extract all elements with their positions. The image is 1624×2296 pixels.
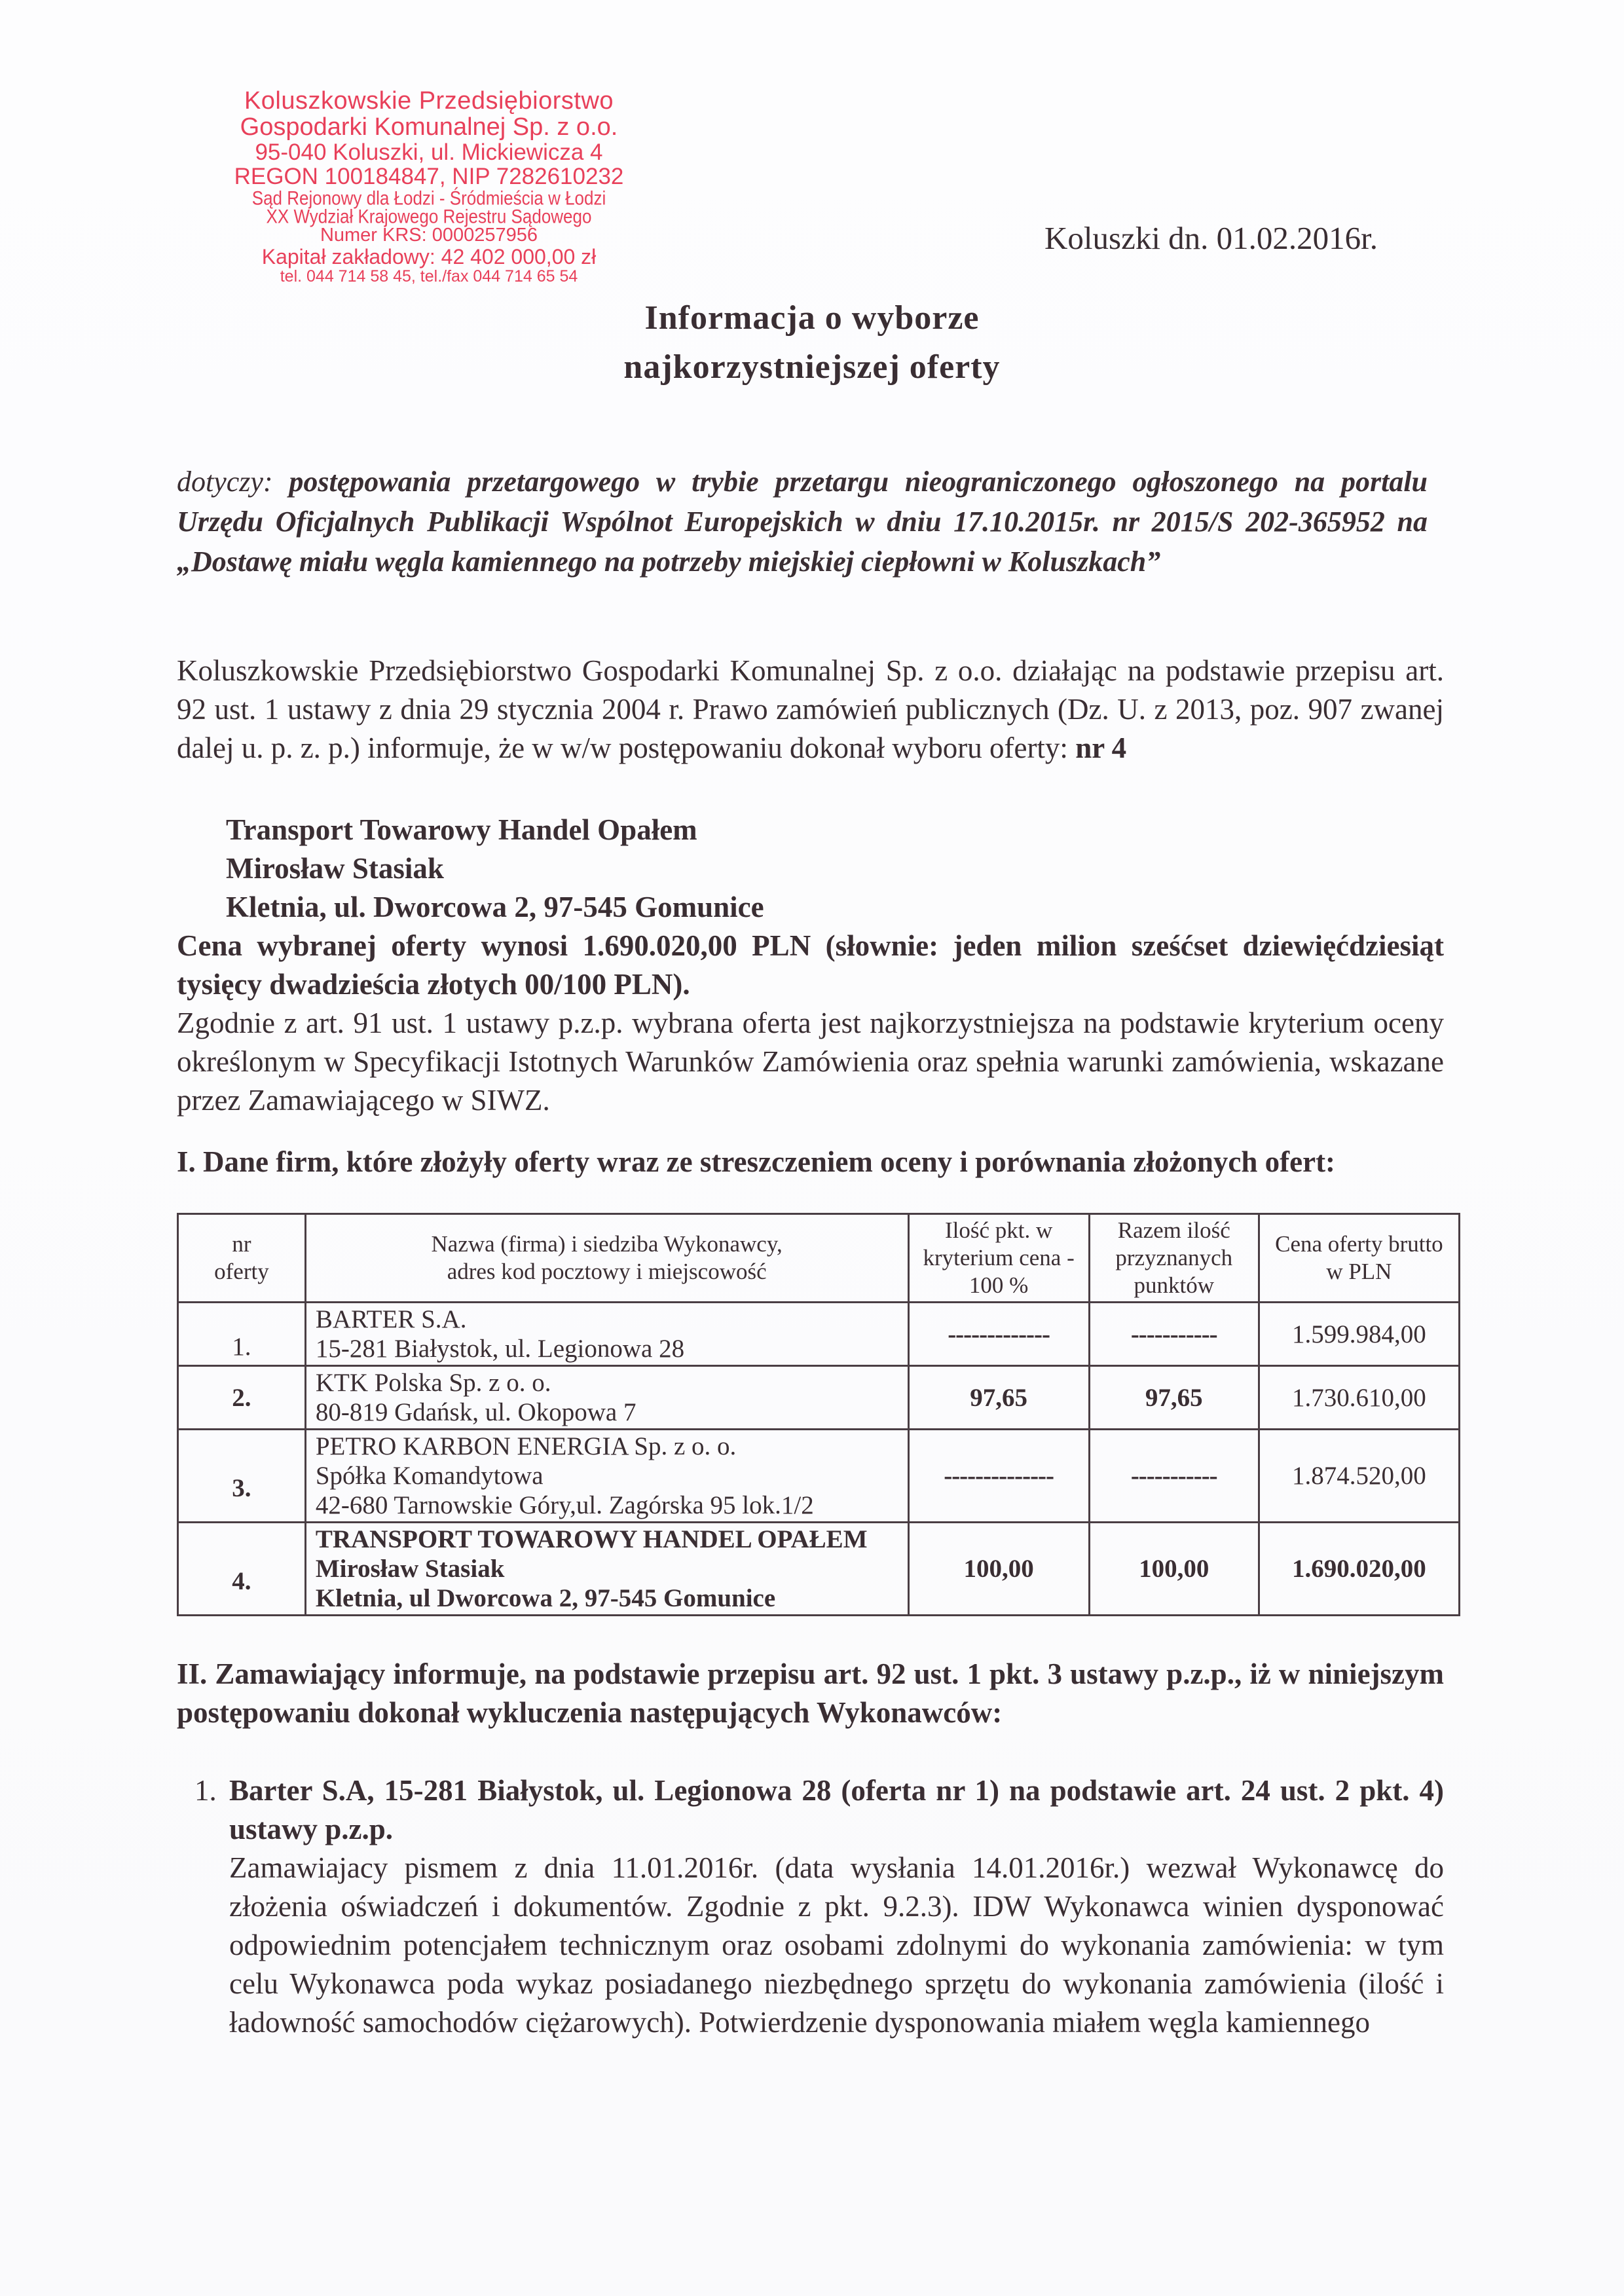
intro-paragraph: Koluszkowskie Przedsiębiorstwo Gospodark… [177,652,1444,768]
cell-contractor: PETRO KARBON ENERGIA Sp. z o. o.Spółka K… [305,1430,908,1523]
cell-contractor: TRANSPORT TOWAROWY HANDEL OPAŁEMMirosław… [305,1523,908,1616]
contractor-line: Mirosław Stasiak [316,1554,898,1583]
cell-points: 97,65 [908,1366,1089,1430]
cell-price: 1.599.984,00 [1259,1303,1459,1366]
cell-offer-nr: 4. [178,1523,306,1616]
section-2-heading: II. Zamawiający informuje, na podstawie … [177,1655,1444,1732]
stamp-line: Gospodarki Komunalnej Sp. z o.o. [200,115,658,139]
header-price: Cena oferty brutto w PLN [1259,1214,1459,1303]
cell-price: 1.874.520,00 [1259,1430,1459,1523]
cell-offer-nr: 3. [178,1430,306,1523]
winner-address: Kletnia, ul. Dworcowa 2, 97-545 Gomunice [177,888,1444,927]
title-line-1: Informacja o wyborze [0,293,1624,343]
table-header-row: nr oferty Nazwa (firma) i siedziba Wykon… [178,1214,1460,1303]
contractor-line: TRANSPORT TOWAROWY HANDEL OPAŁEM [316,1525,898,1554]
exclusion-item: Barter S.A, 15-281 Białystok, ul. Legion… [224,1771,1444,2042]
stamp-line: Kapitał zakładowy: 42 402 000,00 zł [200,246,658,267]
cell-offer-nr: 2. [178,1366,306,1430]
contractor-line: 80-819 Gdańsk, ul. Okopowa 7 [316,1398,898,1427]
cell-contractor: BARTER S.A.15-281 Białystok, ul. Legiono… [305,1303,908,1366]
stamp-line: tel. 044 714 58 45, tel./fax 044 714 65 … [200,268,658,285]
contractor-line: Kletnia, ul Dworcowa 2, 97-545 Gomunice [316,1583,898,1613]
title-line-2: najkorzystniejszej oferty [0,343,1624,392]
winner-name: Transport Towarowy Handel Opałem [177,811,1444,849]
cell-total: ----------- [1089,1430,1259,1523]
table-row: 3.PETRO KARBON ENERGIA Sp. z o. o.Spółka… [178,1430,1460,1523]
offer-label: oferty: [989,731,1068,764]
stamp-line: XX Wydział Krajowego Rejestru Sądowego [200,206,658,226]
exclusions-list: Barter S.A, 15-281 Białystok, ul. Legion… [177,1771,1444,2042]
table-row: 4.TRANSPORT TOWAROWY HANDEL OPAŁEMMirosł… [178,1523,1460,1616]
subject-text: postępowania przetargowego w trybie prze… [177,466,1428,578]
document-title: Informacja o wyborze najkorzystniejszej … [0,293,1624,392]
cell-points: 100,00 [908,1523,1089,1616]
price-paragraph: Cena wybranej oferty wynosi 1.690.020,00… [177,927,1444,1004]
cell-points: ------------- [908,1303,1089,1366]
contractor-line: 15-281 Białystok, ul. Legionowa 28 [316,1334,898,1363]
offers-table: nr oferty Nazwa (firma) i siedziba Wykon… [177,1213,1460,1616]
cell-total: ----------- [1089,1303,1259,1366]
contractor-line: BARTER S.A. [316,1305,898,1334]
stamp-line: Numer KRS: 0000257956 [200,226,658,245]
subject-label: dotyczy: [177,466,273,498]
intro-text: Koluszkowskie Przedsiębiorstwo Gospodark… [177,654,1444,764]
stamp-line: 95-040 Koluszki, ul. Mickiewicza 4 [200,141,658,164]
table-row: 1.BARTER S.A.15-281 Białystok, ul. Legio… [178,1303,1460,1366]
cell-price: 1.690.020,00 [1259,1523,1459,1616]
winner-person: Mirosław Stasiak [177,849,1444,888]
header-points: Ilość pkt. w kryterium cena - 100 % [908,1214,1089,1303]
contractor-line: Spółka Komandytowa [316,1461,898,1491]
company-stamp: Koluszkowskie Przedsiębiorstwo Gospodark… [200,88,658,286]
header-nr: nr oferty [178,1214,306,1303]
header-total: Razem ilość przyznanych punktów [1089,1214,1259,1303]
stamp-line: Koluszkowskie Przedsiębiorstwo [200,88,658,113]
cell-total: 100,00 [1089,1523,1259,1616]
table-row: 2.KTK Polska Sp. z o. o.80-819 Gdańsk, u… [178,1366,1460,1430]
cell-price: 1.730.610,00 [1259,1366,1459,1430]
winner-block: Transport Towarowy Handel Opałem Mirosła… [177,811,1444,927]
document-page: Koluszkowskie Przedsiębiorstwo Gospodark… [0,0,1624,2296]
contractor-line: KTK Polska Sp. z o. o. [316,1368,898,1398]
subject-block: dotyczy: postępowania przetargowego w tr… [177,462,1428,582]
selected-offer-number: nr 4 [1075,731,1126,764]
cell-offer-nr: 1. [178,1303,306,1366]
contractor-line: 42-680 Tarnowskie Góry,ul. Zagórska 95 l… [316,1491,898,1520]
exclusion-heading: Barter S.A, 15-281 Białystok, ul. Legion… [229,1771,1444,1849]
place-date: Koluszki dn. 01.02.2016r. [1044,219,1378,257]
cell-total: 97,65 [1089,1366,1259,1430]
section-1-heading: I. Dane firm, które złożyły oferty wraz … [177,1143,1444,1181]
header-name: Nazwa (firma) i siedziba Wykonawcy, adre… [305,1214,908,1303]
cell-points: -------------- [908,1430,1089,1523]
stamp-line: REGON 100184847, NIP 7282610232 [200,165,658,188]
contractor-line: PETRO KARBON ENERGIA Sp. z o. o. [316,1432,898,1461]
cell-contractor: KTK Polska Sp. z o. o.80-819 Gdańsk, ul.… [305,1366,908,1430]
justification-paragraph: Zgodnie z art. 91 ust. 1 ustawy p.z.p. w… [177,1004,1444,1120]
exclusion-body: Zamawiajacy pismem z dnia 11.01.2016r. (… [229,1849,1444,2042]
